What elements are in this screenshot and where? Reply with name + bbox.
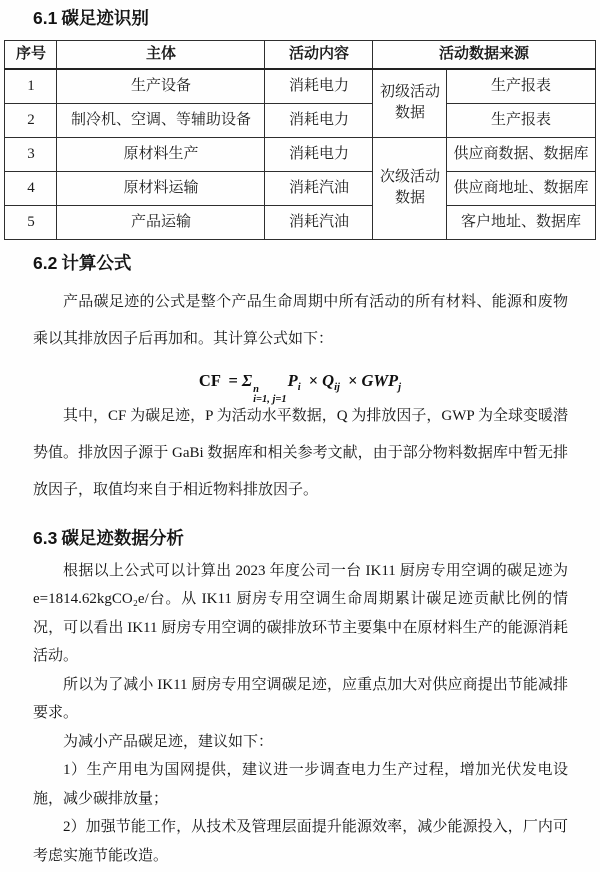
table-row: 4 原材料运输 消耗汽油 供应商地址、数据库	[5, 171, 595, 205]
section-6-2-title: 计算公式	[61, 253, 131, 273]
cell-source: 供应商数据、数据库	[447, 137, 595, 171]
cell-activity: 消耗汽油	[265, 171, 373, 205]
suggestion-item-2: 2）加强节能工作，从技术及管理层面提升能源效率，减少能源投入，厂内可考虑实施节能…	[33, 813, 568, 870]
table-row: 1 生产设备 消耗电力 初级活动数据 生产报表	[5, 69, 595, 104]
cell-subject: 制冷机、空调、等辅助设备	[57, 103, 265, 137]
cell-activity: 消耗汽油	[265, 205, 373, 239]
cell-no: 4	[5, 171, 57, 205]
cell-activity: 消耗电力	[265, 103, 373, 137]
cell-subject: 产品运输	[57, 205, 265, 239]
suggestion-lead-paragraph: 为减小产品碳足迹，建议如下：	[33, 728, 568, 757]
section-6-2-heading: 6.2计算公式	[0, 253, 600, 275]
col-header-subject: 主体	[57, 40, 265, 69]
cell-subject: 原材料生产	[57, 137, 265, 171]
formula-equals: =	[228, 371, 237, 390]
cell-no: 1	[5, 69, 57, 104]
formula-gwp-subscript: j	[398, 382, 401, 393]
section-6-3-number: 6.3	[33, 528, 57, 548]
carbon-footprint-table: 序号 主体 活动内容 活动数据来源 1 生产设备 消耗电力 初级活动数据 生产报…	[4, 40, 595, 240]
col-header-no: 序号	[5, 40, 57, 69]
cell-no: 5	[5, 205, 57, 239]
table-row: 3 原材料生产 消耗电力 次级活动数据 供应商数据、数据库	[5, 137, 595, 171]
carbon-footprint-formula: CF =Σni=1, j=1Pi ×Qij ×GWPj	[0, 366, 600, 396]
section-6-3-heading: 6.3碳足迹数据分析	[0, 528, 600, 550]
formula-intro-paragraph: 产品碳足迹的公式是整个产品生命周期中所有活动的所有材料、能源和废物乘以其排放因子…	[33, 284, 568, 358]
cell-subject: 生产设备	[57, 69, 265, 104]
cell-activity: 消耗电力	[265, 69, 373, 104]
cell-source: 客户地址、数据库	[447, 205, 595, 239]
section-6-3-title: 碳足迹数据分析	[61, 528, 184, 548]
section-6-1-heading: 6.1碳足迹识别	[0, 8, 600, 30]
cell-group-primary-data: 初级活动数据	[373, 69, 447, 138]
cell-source: 供应商地址、数据库	[447, 171, 595, 205]
cell-subject: 原材料运输	[57, 171, 265, 205]
cell-source: 生产报表	[447, 69, 595, 104]
document-page: 6.1碳足迹识别 序号 主体 活动内容 活动数据来源 1 生产设备 消耗电力 初…	[0, 0, 600, 872]
table-header-row: 序号 主体 活动内容 活动数据来源	[5, 40, 595, 69]
cell-no: 2	[5, 103, 57, 137]
table-row: 5 产品运输 消耗汽油 客户地址、数据库	[5, 205, 595, 239]
cell-no: 3	[5, 137, 57, 171]
formula-q-subscript: ij	[334, 382, 340, 393]
formula-gwp: GWP	[361, 371, 398, 390]
formula-explanation-paragraph: 其中，CF 为碳足迹，P 为活动水平数据，Q 为排放因子，GWP 为全球变暖潜势…	[33, 398, 568, 509]
col-header-activity: 活动内容	[265, 40, 373, 69]
sigma-symbol: Σ	[242, 371, 252, 390]
formula-q: Q	[322, 371, 334, 390]
formula-p: P	[288, 371, 298, 390]
suggestion-item-1: 1）生产用电为国网提供，建议进一步调查电力生产过程，增加光伏发电设施，减少碳排放…	[33, 756, 568, 813]
table-row: 2 制冷机、空调、等辅助设备 消耗电力 生产报表	[5, 103, 595, 137]
analysis-result-paragraph: 根据以上公式可以计算出 2023 年度公司一台 IK11 厨房专用空调的碳足迹为…	[33, 557, 568, 671]
cell-source: 生产报表	[447, 103, 595, 137]
formula-cf: CF	[199, 371, 220, 390]
formula-p-subscript: i	[298, 382, 301, 393]
section-6-1-number: 6.1	[33, 8, 57, 28]
section-6-2-number: 6.2	[33, 253, 57, 273]
analysis-conclusion-paragraph: 所以为了减小 IK11 厨房专用空调碳足迹，应重点加大对供应商提出节能减排要求。	[33, 671, 568, 728]
col-header-source: 活动数据来源	[373, 40, 595, 69]
cell-activity: 消耗电力	[265, 137, 373, 171]
section-6-1-title: 碳足迹识别	[61, 8, 149, 28]
formula-times-2: ×	[348, 371, 357, 390]
formula-times-1: ×	[309, 371, 318, 390]
cell-group-secondary-data: 次级活动数据	[373, 137, 447, 239]
